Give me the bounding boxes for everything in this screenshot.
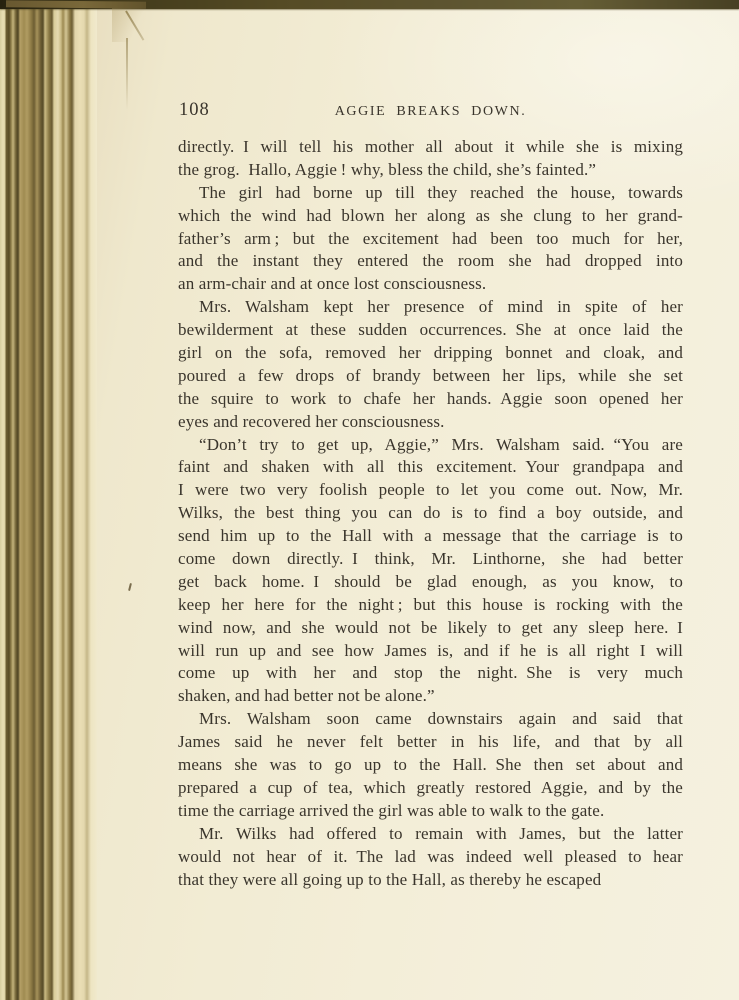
text-line: I were two very foolish people to let yo… — [178, 479, 683, 502]
text-line: would not hear of it. The lad was indeed… — [178, 846, 683, 869]
text-line: The girl had borne up till they reached … — [178, 182, 683, 205]
text-line: girl on the sofa, removed her dripping b… — [178, 342, 683, 365]
page-edge-stack — [0, 0, 97, 1000]
text-line: Mrs. Walsham soon came downstairs again … — [178, 708, 683, 731]
text-line: an arm-chair and at once lost consciousn… — [178, 273, 683, 296]
text-line: time the carriage arrived the girl was a… — [178, 800, 683, 823]
text-line: that they were all going up to the Hall,… — [178, 869, 683, 892]
text-line: Wilks, the best thing you can do is to f… — [178, 502, 683, 525]
text-line: wind now, and she would not be likely to… — [178, 617, 683, 640]
text-line: father’s arm ; but the excitement had be… — [178, 228, 683, 251]
text-line: poured a few drops of brandy between her… — [178, 365, 683, 388]
text-line: eyes and recovered her consciousness. — [178, 411, 683, 434]
text-line: James said he never felt better in his l… — [178, 731, 683, 754]
text-line: bewilderment at these sudden occurrences… — [178, 319, 683, 342]
text-line: shaken, and had better not be alone.” — [178, 685, 683, 708]
text-line: “Don’t try to get up, Aggie,” Mrs. Walsh… — [178, 434, 683, 457]
text-line: the grog. Hallo, Aggie ! why, bless the … — [178, 159, 683, 182]
text-line: directly. I will tell his mother all abo… — [178, 136, 683, 159]
corner-fold-shade — [112, 8, 152, 42]
text-line: come up with her and stop the night. She… — [178, 662, 683, 685]
text-line: means she was to go up to the Hall. She … — [178, 754, 683, 777]
text-line: Mr. Wilks had offered to remain with Jam… — [178, 823, 683, 846]
text-line: come down directly. I think, Mr. Linthor… — [178, 548, 683, 571]
page-header: 108 AGGIE BREAKS DOWN. — [178, 100, 683, 124]
text-line: prepared a cup of tea, which greatly res… — [178, 777, 683, 800]
text-line: Mrs. Walsham kept her presence of mind i… — [178, 296, 683, 319]
page-edge-crease — [126, 38, 128, 110]
text-line: the squire to work to chafe her hands. A… — [178, 388, 683, 411]
text-line: get back home. I should be glad enough, … — [178, 571, 683, 594]
running-header-title: AGGIE BREAKS DOWN. — [178, 104, 683, 120]
text-line: and the instant they entered the room sh… — [178, 250, 683, 273]
text-line: send him up to the Hall with a message t… — [178, 525, 683, 548]
text-block: directly. I will tell his mother all abo… — [178, 136, 683, 891]
text-line: keep her here for the night ; but this h… — [178, 594, 683, 617]
text-line: faint and shaken with all this excitemen… — [178, 456, 683, 479]
text-line: which the wind had blown her along as sh… — [178, 205, 683, 228]
text-line: will run up and see how James is, and if… — [178, 640, 683, 663]
